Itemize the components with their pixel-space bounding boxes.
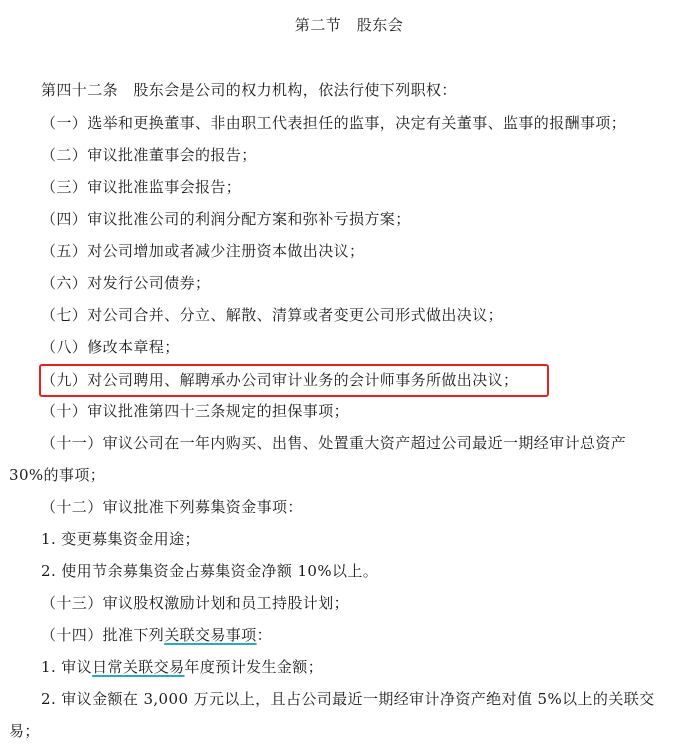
item-12-sub-2: 2. 使用节余募集资金占募集资金净额 10%以上。 [41,561,378,581]
item-1: （一）选举和更换董事、非由职工代表担任的监事，决定有关董事、监事的报酬事项； [41,113,626,133]
item-12-sub-1: 1. 变更募集资金用途； [41,529,200,549]
related-transactions-link[interactable]: 关联交易事项 [164,626,256,644]
item-14-sub-1-suffix: 年度预计发生金额； [185,658,324,676]
item-12: （十二）审议批准下列募集资金事项： [41,497,303,517]
item-13: （十三）审议股权激励计划和员工持股计划； [41,593,349,613]
section-title: 第二节 股东会 [0,14,698,35]
item-10: （十）审议批准第四十三条规定的担保事项； [41,401,349,421]
article-heading: 第四十二条 股东会是公司的权力机构，依法行使下列职权： [41,80,457,100]
item-14-sub-2-line2: 易； [9,721,40,741]
item-5: （五）对公司增加或者减少注册资本做出决议； [41,241,364,261]
item-14-sub-1-prefix: 1. 审议 [41,658,92,676]
item-11-line2: 30%的事项； [9,465,105,485]
item-2: （二）审议批准董事会的报告； [41,145,257,165]
daily-related-transactions-link[interactable]: 日常关联交易 [92,658,184,676]
item-14-suffix: ： [257,626,272,644]
item-3: （三）审议批准监事会报告； [41,177,241,197]
item-7: （七）对公司合并、分立、解散、清算或者变更公司形式做出决议； [41,305,503,325]
item-14: （十四）批准下列关联交易事项： [41,625,272,645]
item-8: （八）修改本章程； [41,337,180,357]
item-6: （六）对发行公司债券； [41,273,210,293]
item-14-sub-2-line1: 2. 审议金额在 3,000 万元以上，且占公司最近一期经审计净资产绝对值 5%… [41,689,655,709]
item-4: （四）审议批准公司的利润分配方案和弥补亏损方案； [41,209,411,229]
item-14-prefix: （十四）批准下列 [41,626,164,644]
item-14-sub-1: 1. 审议日常关联交易年度预计发生金额； [41,657,323,677]
item-9-highlighted: （九）对公司聘用、解聘承办公司审计业务的会计师事务所做出决议； [41,370,518,390]
item-11-line1: （十一）审议公司在一年内购买、出售、处置重大资产超过公司最近一期经审计总资产 [41,433,626,453]
